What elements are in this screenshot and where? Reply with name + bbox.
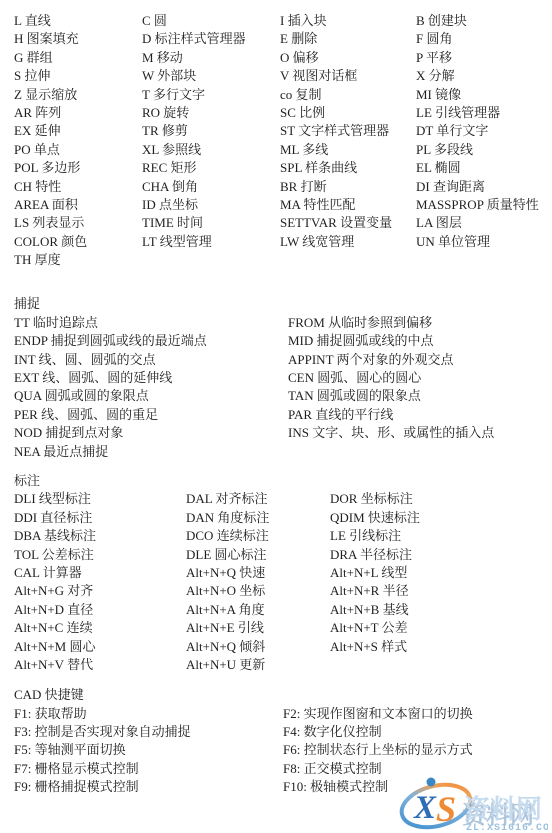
fkey-row: F1: 获取帮助 F2: 实现作图窗和文本窗口的切换: [0, 705, 552, 723]
snap-cell: ENDP 捕捉到圆弧或线的最近端点: [0, 332, 288, 350]
command-cell: MI 镜像: [416, 86, 552, 104]
command-row: AR 阵列 RO 旋转 SC 比例 LE 引线管理器: [0, 104, 552, 122]
dimension-cell: Alt+N+U 更新: [186, 656, 330, 674]
command-cell: COLOR 颜色: [0, 233, 142, 251]
snap-cell: [288, 443, 552, 461]
dimension-cell: Alt+N+S 样式: [330, 638, 552, 656]
dimension-cell: DRA 半径标注: [330, 546, 552, 564]
dimension-row: Alt+N+V 替代 Alt+N+U 更新: [0, 656, 552, 674]
command-cell: AR 阵列: [0, 104, 142, 122]
dimension-cell: DDI 直径标注: [0, 509, 186, 527]
snap-cell: FROM 从临时参照到偏移: [288, 314, 552, 332]
command-cell: D 标注样式管理器: [142, 30, 280, 48]
fkey-cell: F7: 栅格显示模式控制: [0, 760, 283, 778]
snap-row: NEA 最近点捕捉: [0, 443, 552, 461]
command-cell: DI 查询距离: [416, 178, 552, 196]
command-cell: co 复制: [280, 86, 416, 104]
command-cell: G 群组: [0, 49, 142, 67]
command-row: AREA 面积 ID 点坐标 MA 特性匹配 MASSPROP 质量特性: [0, 196, 552, 214]
dimension-row: Alt+N+D 直径 Alt+N+A 角度 Alt+N+B 基线: [0, 601, 552, 619]
command-cell: [142, 251, 280, 269]
dimension-section: 标注 DLI 线型标注 DAL 对齐标注 DOR 坐标标注 DDI 直径标注 D…: [0, 472, 552, 674]
fkey-cell: F5: 等轴测平面切换: [0, 741, 283, 759]
snap-cell: PAR 直线的平行线: [288, 406, 552, 424]
command-row: COLOR 颜色 LT 线型管理 LW 线宽管理 UN 单位管理: [0, 233, 552, 251]
command-cell: F 圆角: [416, 30, 552, 48]
snap-cell: TAN 圆弧或圆的限象点: [288, 387, 552, 405]
dimension-row: DLI 线型标注 DAL 对齐标注 DOR 坐标标注: [0, 490, 552, 508]
dimension-cell: Alt+N+Q 倾斜: [186, 638, 330, 656]
dimension-cell: DOR 坐标标注: [330, 490, 552, 508]
cad-shortcut-sheet: L 直线 C 圆 I 插入块 B 创建块 H 图案填充 D 标注样式管理器 E …: [0, 12, 552, 797]
command-cell: MA 特性匹配: [280, 196, 416, 214]
command-cell: SPL 样条曲线: [280, 159, 416, 177]
snap-cell: NOD 捕捉到点对象: [0, 424, 288, 442]
command-cell: UN 单位管理: [416, 233, 552, 251]
command-cell: C 圆: [142, 12, 280, 30]
dimension-cell: Alt+N+L 线型: [330, 564, 552, 582]
command-cell: REC 矩形: [142, 159, 280, 177]
command-row: Z 显示缩放 T 多行文字 co 复制 MI 镜像: [0, 86, 552, 104]
dimension-cell: Alt+N+R 半径: [330, 582, 552, 600]
command-cell: EX 延伸: [0, 122, 142, 140]
command-cell: V 视图对话框: [280, 67, 416, 85]
dimension-cell: DCO 连续标注: [186, 527, 330, 545]
command-cell: W 外部块: [142, 67, 280, 85]
snap-row: ENDP 捕捉到圆弧或线的最近端点 MID 捕捉圆弧或线的中点: [0, 332, 552, 350]
dimension-row: TOL 公差标注 DLE 圆心标注 DRA 半径标注: [0, 546, 552, 564]
command-cell: AREA 面积: [0, 196, 142, 214]
dimension-cell: Alt+N+V 替代: [0, 656, 186, 674]
command-row: TH 厚度: [0, 251, 552, 269]
snap-cell: TT 临时追踪点: [0, 314, 288, 332]
watermark-logo: 资料网 X S 资料网 ZL.XS1616.COM: [398, 771, 548, 833]
command-cell: [280, 251, 416, 269]
command-cell: TIME 时间: [142, 214, 280, 232]
snap-cell: PER 线、圆弧、圆的重足: [0, 406, 288, 424]
command-cell: DT 单行文字: [416, 122, 552, 140]
snap-row: QUA 圆弧或圆的象限点 TAN 圆弧或圆的限象点: [0, 387, 552, 405]
snap-cell: INT 线、圆、圆弧的交点: [0, 351, 288, 369]
dimension-cell: DBA 基线标注: [0, 527, 186, 545]
command-cell: L 直线: [0, 12, 142, 30]
dimension-cell: Alt+N+M 圆心: [0, 638, 186, 656]
command-row: LS 列表显示 TIME 时间 SETTVAR 设置变量 LA 图层: [0, 214, 552, 232]
fkey-cell: F9: 栅格捕捉模式控制: [0, 778, 283, 796]
command-cell: PL 多段线: [416, 141, 552, 159]
snap-cell: APPINT 两个对象的外观交点: [288, 351, 552, 369]
command-row: EX 延伸 TR 修剪 ST 文字样式管理器 DT 单行文字: [0, 122, 552, 140]
dimension-cell: DAL 对齐标注: [186, 490, 330, 508]
command-row: S 拉伸 W 外部块 V 视图对话框 X 分解: [0, 67, 552, 85]
fkey-row: F5: 等轴测平面切换 F6: 控制状态行上坐标的显示方式: [0, 741, 552, 759]
snap-row: NOD 捕捉到点对象 INS 文字、块、形、或属性的插入点: [0, 424, 552, 442]
snap-cell: MID 捕捉圆弧或线的中点: [288, 332, 552, 350]
snap-row: EXT 线、圆弧、圆的延伸线 CEN 圆弧、圆心的圆心: [0, 369, 552, 387]
dimension-cell: [330, 656, 552, 674]
command-cell: MASSPROP 质量特性: [416, 196, 552, 214]
dimension-row: CAL 计算器 Alt+N+Q 快速 Alt+N+L 线型: [0, 564, 552, 582]
command-cell: P 平移: [416, 49, 552, 67]
dimension-cell: DLI 线型标注: [0, 490, 186, 508]
dimension-cell: Alt+N+A 角度: [186, 601, 330, 619]
command-cell: ID 点坐标: [142, 196, 280, 214]
command-cell: H 图案填充: [0, 30, 142, 48]
dimension-cell: TOL 公差标注: [0, 546, 186, 564]
logo-dot: [427, 778, 436, 787]
commands-section: L 直线 C 圆 I 插入块 B 创建块 H 图案填充 D 标注样式管理器 E …: [0, 12, 552, 269]
snap-row: TT 临时追踪点 FROM 从临时参照到偏移: [0, 314, 552, 332]
snap-cell: CEN 圆弧、圆心的圆心: [288, 369, 552, 387]
watermark-letter-s: S: [436, 789, 456, 829]
snap-cell: INS 文字、块、形、或属性的插入点: [288, 424, 552, 442]
snap-row: INT 线、圆、圆弧的交点 APPINT 两个对象的外观交点: [0, 351, 552, 369]
command-cell: LT 线型管理: [142, 233, 280, 251]
dimension-row: Alt+N+G 对齐 Alt+N+O 坐标 Alt+N+R 半径: [0, 582, 552, 600]
command-cell: RO 旋转: [142, 104, 280, 122]
fkey-cell: F3: 控制是否实现对象自动捕捉: [0, 723, 283, 741]
snap-cell: NEA 最近点捕捉: [0, 443, 288, 461]
command-cell: ML 多线: [280, 141, 416, 159]
command-row: CH 特性 CHA 倒角 BR 打断 DI 查询距离: [0, 178, 552, 196]
command-cell: [416, 251, 552, 269]
command-cell: SC 比例: [280, 104, 416, 122]
snap-cell: QUA 圆弧或圆的象限点: [0, 387, 288, 405]
watermark-letter-x: X: [413, 790, 437, 826]
dimension-cell: CAL 计算器: [0, 564, 186, 582]
command-cell: TR 修剪: [142, 122, 280, 140]
dimension-row: Alt+N+M 圆心 Alt+N+Q 倾斜 Alt+N+S 样式: [0, 638, 552, 656]
command-cell: T 多行文字: [142, 86, 280, 104]
command-cell: CH 特性: [0, 178, 142, 196]
command-cell: E 删除: [280, 30, 416, 48]
dimension-cell: Alt+N+T 公差: [330, 619, 552, 637]
command-cell: O 偏移: [280, 49, 416, 67]
fkey-row: F3: 控制是否实现对象自动捕捉 F4: 数字化仪控制: [0, 723, 552, 741]
dimension-cell: Alt+N+D 直径: [0, 601, 186, 619]
command-cell: LA 图层: [416, 214, 552, 232]
dimension-cell: DLE 圆心标注: [186, 546, 330, 564]
watermark-site-name: 资料网: [464, 794, 542, 824]
command-cell: X 分解: [416, 67, 552, 85]
dimension-row: DBA 基线标注 DCO 连续标注 LE 引线标注: [0, 527, 552, 545]
command-cell: POL 多边形: [0, 159, 142, 177]
command-cell: LE 引线管理器: [416, 104, 552, 122]
command-cell: M 移动: [142, 49, 280, 67]
dimension-cell: DAN 角度标注: [186, 509, 330, 527]
command-cell: LS 列表显示: [0, 214, 142, 232]
dimension-section-title: 标注: [0, 472, 552, 490]
command-cell: TH 厚度: [0, 251, 142, 269]
command-cell: SETTVAR 设置变量: [280, 214, 416, 232]
fkey-cell: F6: 控制状态行上坐标的显示方式: [283, 741, 552, 759]
dimension-cell: LE 引线标注: [330, 527, 552, 545]
command-cell: BR 打断: [280, 178, 416, 196]
command-row: L 直线 C 圆 I 插入块 B 创建块: [0, 12, 552, 30]
watermark-site-url: ZL.XS1616.COM: [466, 823, 548, 833]
fkeys-section-title: CAD 快捷键: [0, 686, 552, 704]
command-row: G 群组 M 移动 O 偏移 P 平移: [0, 49, 552, 67]
dimension-cell: Alt+N+C 连续: [0, 619, 186, 637]
dimension-row: Alt+N+C 连续 Alt+N+E 引线 Alt+N+T 公差: [0, 619, 552, 637]
command-row: PO 单点 XL 参照线 ML 多线 PL 多段线: [0, 141, 552, 159]
dimension-row: DDI 直径标注 DAN 角度标注 QDIM 快速标注: [0, 509, 552, 527]
xs-logo-icon: 资料网 X S 资料网 ZL.XS1616.COM: [398, 771, 548, 833]
dimension-cell: Alt+N+O 坐标: [186, 582, 330, 600]
command-cell: LW 线宽管理: [280, 233, 416, 251]
snap-section-title: 捕捉: [0, 295, 552, 313]
snap-cell: EXT 线、圆弧、圆的延伸线: [0, 369, 288, 387]
command-cell: I 插入块: [280, 12, 416, 30]
command-cell: S 拉伸: [0, 67, 142, 85]
command-cell: ST 文字样式管理器: [280, 122, 416, 140]
command-cell: EL 椭圆: [416, 159, 552, 177]
fkey-cell: F1: 获取帮助: [0, 705, 283, 723]
dimension-cell: QDIM 快速标注: [330, 509, 552, 527]
command-cell: CHA 倒角: [142, 178, 280, 196]
command-cell: XL 参照线: [142, 141, 280, 159]
dimension-cell: Alt+N+B 基线: [330, 601, 552, 619]
command-cell: Z 显示缩放: [0, 86, 142, 104]
command-row: POL 多边形 REC 矩形 SPL 样条曲线 EL 椭圆: [0, 159, 552, 177]
dimension-cell: Alt+N+G 对齐: [0, 582, 186, 600]
dimension-cell: Alt+N+Q 快速: [186, 564, 330, 582]
dimension-cell: Alt+N+E 引线: [186, 619, 330, 637]
command-cell: PO 单点: [0, 141, 142, 159]
command-row: H 图案填充 D 标注样式管理器 E 删除 F 圆角: [0, 30, 552, 48]
fkey-cell: F4: 数字化仪控制: [283, 723, 552, 741]
snap-row: PER 线、圆弧、圆的重足 PAR 直线的平行线: [0, 406, 552, 424]
fkey-cell: F2: 实现作图窗和文本窗口的切换: [283, 705, 552, 723]
command-cell: B 创建块: [416, 12, 552, 30]
snap-section: 捕捉 TT 临时追踪点 FROM 从临时参照到偏移 ENDP 捕捉到圆弧或线的最…: [0, 295, 552, 461]
